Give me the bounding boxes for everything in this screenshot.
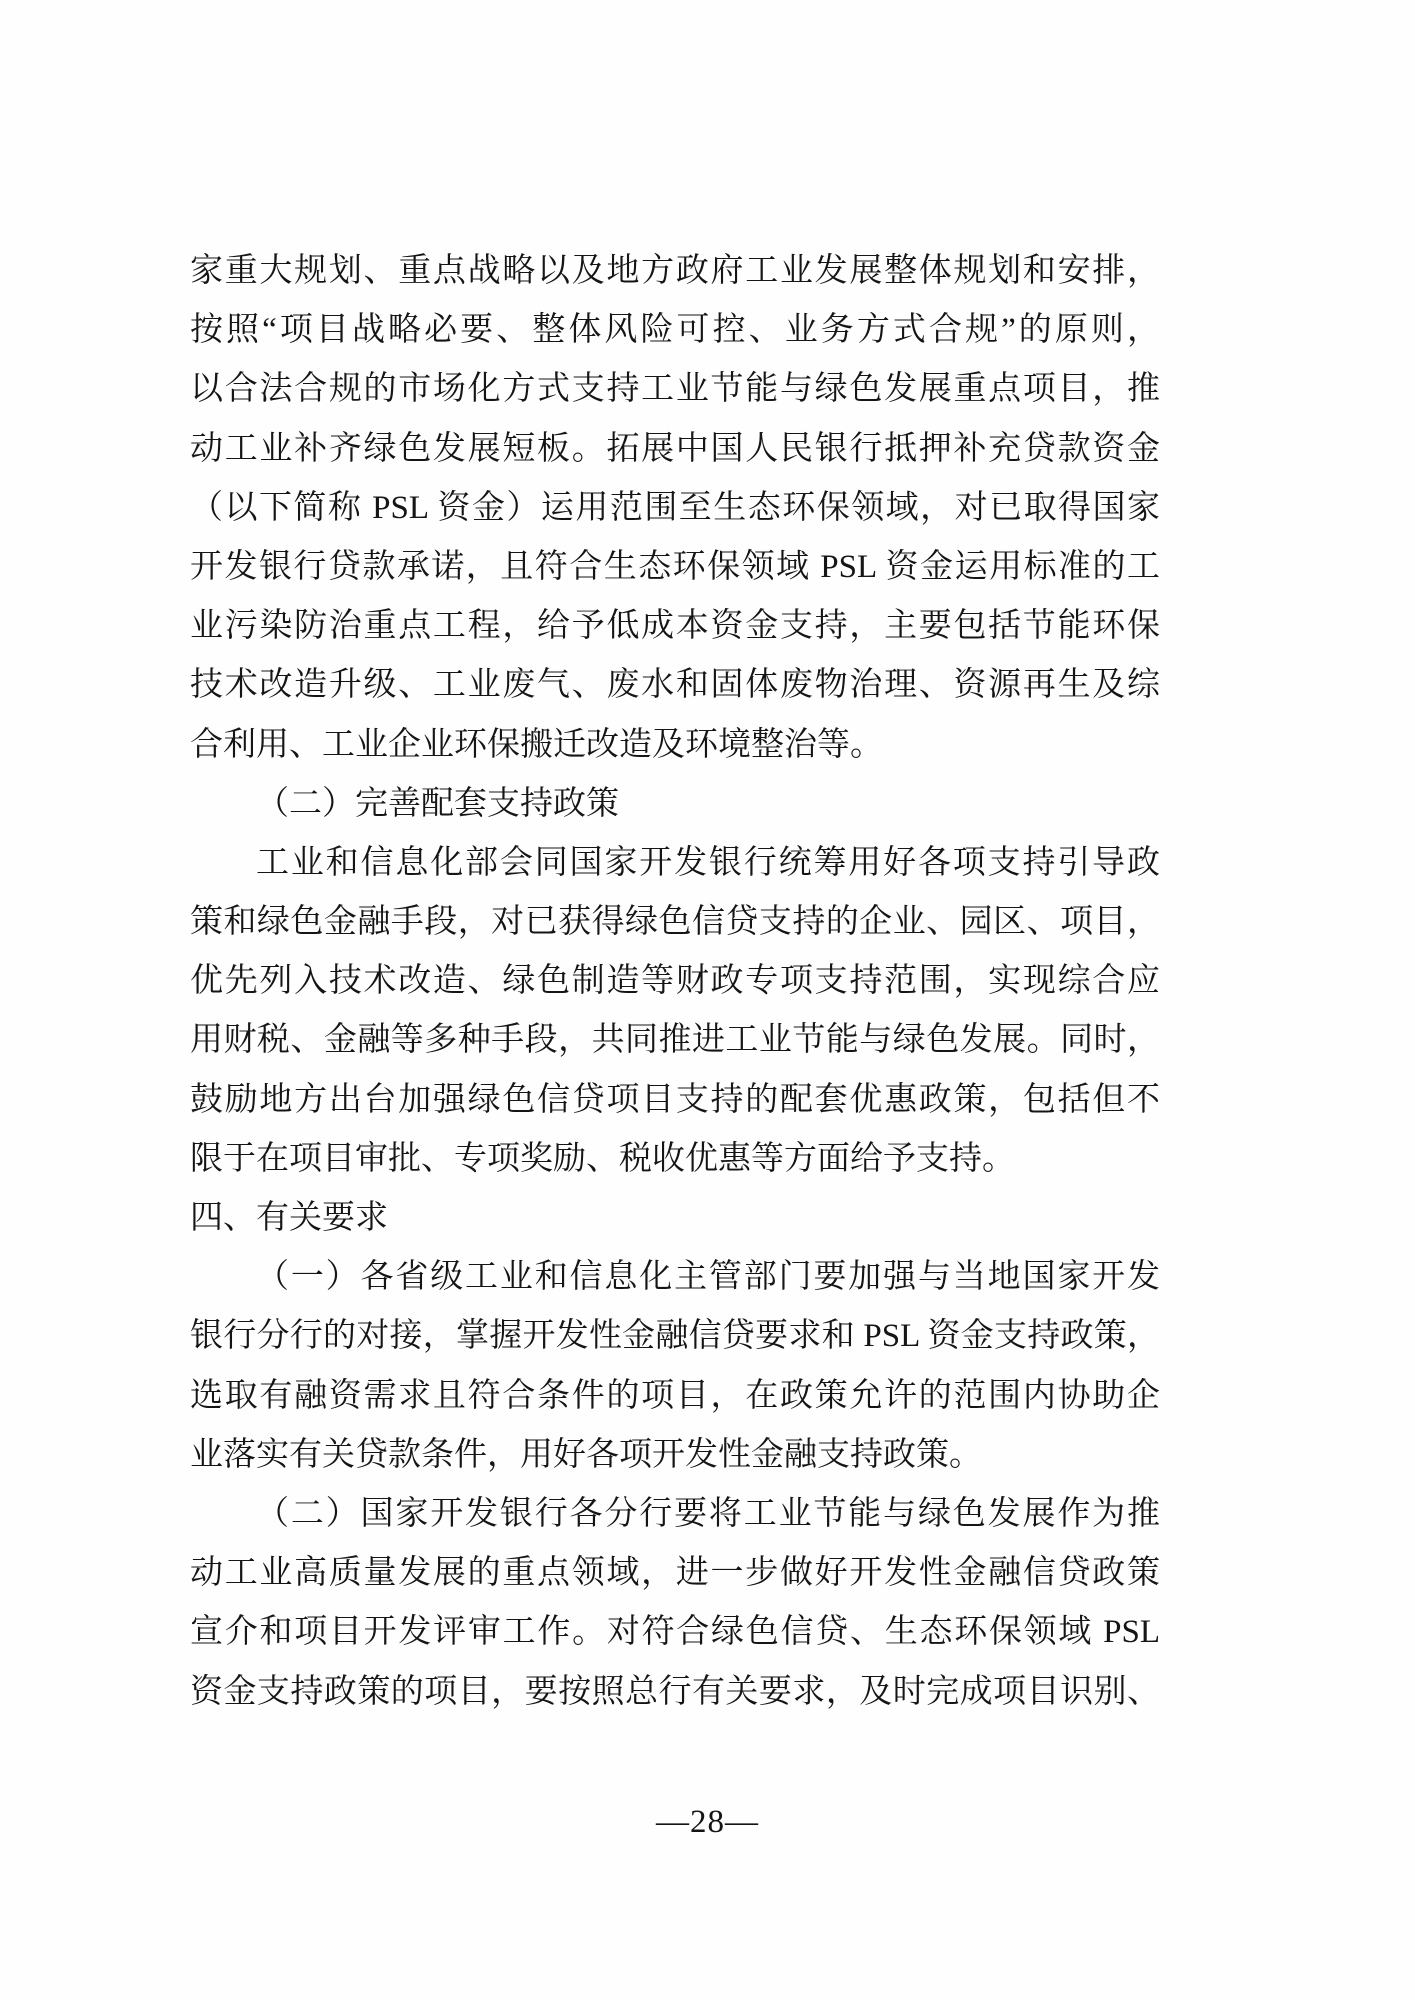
text-line: 工业和信息化部会同国家开发银行统筹用好各项支持引导政 <box>190 834 1160 893</box>
text-line: 选取有融资需求且符合条件的项目，在政策允许的范围内协助企 <box>190 1367 1160 1426</box>
text-line: 宣介和项目开发评审工作。对符合绿色信贷、生态环保领域 PSL <box>190 1603 1160 1662</box>
text-line: 业污染防治重点工程，给予低成本资金支持，主要包括节能环保 <box>190 597 1160 656</box>
text-line: （二）国家开发银行各分行要将工业节能与绿色发展作为推 <box>190 1485 1160 1544</box>
document-body: 家重大规划、重点战略以及地方政府工业发展整体规划和安排， 按照“项目战略必要、整… <box>190 242 1160 1722</box>
text-line: 业落实有关贷款条件，用好各项开发性金融支持政策。 <box>190 1426 1160 1485</box>
text-line: 鼓励地方出台加强绿色信贷项目支持的配套优惠政策，包括但不 <box>190 1071 1160 1130</box>
text-line: 策和绿色金融手段，对已获得绿色信贷支持的企业、园区、项目， <box>190 893 1160 952</box>
section-heading: （二）完善配套支持政策 <box>190 775 1160 834</box>
document-page: 家重大规划、重点战略以及地方政府工业发展整体规划和安排， 按照“项目战略必要、整… <box>0 0 1415 2000</box>
section-heading: 四、有关要求 <box>190 1189 1160 1248</box>
text-line: （一）各省级工业和信息化主管部门要加强与当地国家开发 <box>190 1248 1160 1307</box>
text-line: 优先列入技术改造、绿色制造等财政专项支持范围，实现综合应 <box>190 952 1160 1011</box>
text-line: 用财税、金融等多种手段，共同推进工业节能与绿色发展。同时， <box>190 1011 1160 1070</box>
text-line: （以下简称 PSL 资金）运用范围至生态环保领域，对已取得国家 <box>190 479 1160 538</box>
text-line: 限于在项目审批、专项奖励、税收优惠等方面给予支持。 <box>190 1130 1160 1189</box>
text-line: 动工业高质量发展的重点领域，进一步做好开发性金融信贷政策 <box>190 1544 1160 1603</box>
text-line: 银行分行的对接，掌握开发性金融信贷要求和 PSL 资金支持政策， <box>190 1307 1160 1366</box>
text-line: 合利用、工业企业环保搬迁改造及环境整治等。 <box>190 716 1160 775</box>
text-line: 开发银行贷款承诺，且符合生态环保领域 PSL 资金运用标准的工 <box>190 538 1160 597</box>
text-line: 以合法合规的市场化方式支持工业节能与绿色发展重点项目，推 <box>190 360 1160 419</box>
text-line: 按照“项目战略必要、整体风险可控、业务方式合规”的原则， <box>190 301 1160 360</box>
text-line: 动工业补齐绿色发展短板。拓展中国人民银行抵押补充贷款资金 <box>190 420 1160 479</box>
text-line: 资金支持政策的项目，要按照总行有关要求，及时完成项目识别、 <box>190 1663 1160 1722</box>
text-line: 家重大规划、重点战略以及地方政府工业发展整体规划和安排， <box>190 242 1160 301</box>
text-line: 技术改造升级、工业废气、废水和固体废物治理、资源再生及综 <box>190 656 1160 715</box>
page-number: —28— <box>0 1802 1415 1842</box>
